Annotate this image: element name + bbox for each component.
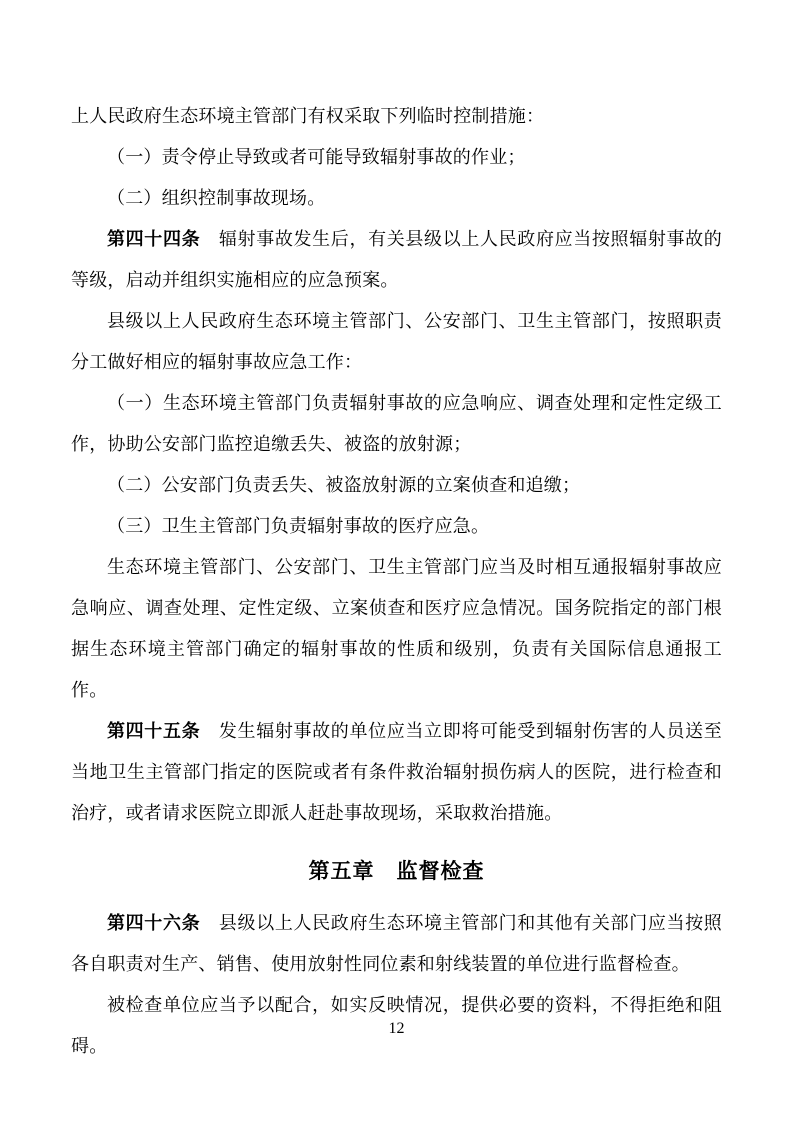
paragraph-text: 县级以上人民政府生态环境主管部门、公安部门、卫生主管部门，按照职责分工做好相应的… (71, 311, 722, 372)
paragraph: （一）生态环境主管部门负责辐射事故的应急响应、调查处理和定性定级工作，协助公安部… (71, 383, 722, 465)
paragraph-text: 生态环境主管部门、公安部门、卫生主管部门应当及时相互通报辐射事故应急响应、调查处… (71, 557, 722, 700)
paragraph: 上人民政府生态环境主管部门有权采取下列临时控制措施： (71, 96, 722, 137)
document-body: 上人民政府生态环境主管部门有权采取下列临时控制措施：（一）责令停止导致或者可能导… (71, 96, 722, 1067)
paragraph-text: 上人民政府生态环境主管部门有权采取下列临时控制措施： (71, 106, 544, 126)
paragraph: 第四十四条 辐射事故发生后，有关县级以上人民政府应当按照辐射事故的等级，启动并组… (71, 219, 722, 301)
paragraph: 生态环境主管部门、公安部门、卫生主管部门应当及时相互通报辐射事故应急响应、调查处… (71, 547, 722, 711)
paragraph: 县级以上人民政府生态环境主管部门、公安部门、卫生主管部门，按照职责分工做好相应的… (71, 301, 722, 383)
paragraph: （二）公安部门负责丢失、被盗放射源的立案侦查和追缴； (71, 465, 722, 506)
article-number: 第四十四条 (107, 229, 200, 249)
paragraph-text: （一）生态环境主管部门负责辐射事故的应急响应、调查处理和定性定级工作，协助公安部… (71, 393, 722, 454)
article-number: 第四十六条 (107, 913, 200, 933)
paragraph: 第四十五条 发生辐射事故的单位应当立即将可能受到辐射伤害的人员送至当地卫生主管部… (71, 711, 722, 834)
chapter-heading: 第五章 监督检查 (71, 852, 722, 892)
paragraph-text: （一）责令停止导致或者可能导致辐射事故的作业； (107, 147, 526, 167)
paragraph: 第四十六条 县级以上人民政府生态环境主管部门和其他有关部门应当按照各自职责对生产… (71, 903, 722, 985)
paragraph: （一）责令停止导致或者可能导致辐射事故的作业； (71, 137, 722, 178)
article-number: 第四十五条 (107, 721, 200, 741)
page-number: 12 (0, 1019, 793, 1039)
paragraph-text: （二）组织控制事故现场。 (107, 188, 325, 208)
paragraph: （二）组织控制事故现场。 (71, 178, 722, 219)
paragraph: （三）卫生主管部门负责辐射事故的医疗应急。 (71, 506, 722, 547)
paragraph-text: （二）公安部门负责丢失、被盗放射源的立案侦查和追缴； (107, 475, 580, 495)
document-page: 上人民政府生态环境主管部门有权采取下列临时控制措施：（一）责令停止导致或者可能导… (0, 0, 793, 1122)
paragraph-text: （三）卫生主管部门负责辐射事故的医疗应急。 (107, 516, 489, 536)
